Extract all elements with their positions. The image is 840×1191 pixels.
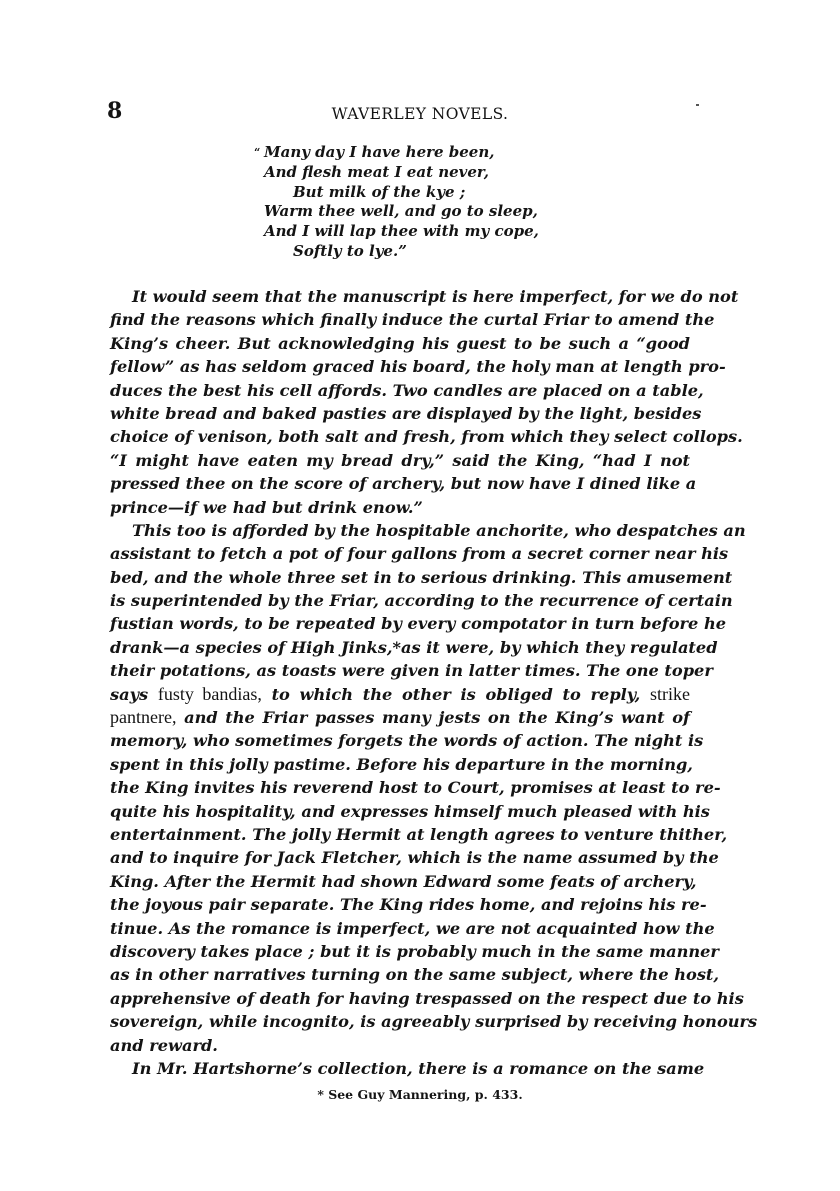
prose-line: King. After the Hermit had shown Edward … <box>110 870 690 893</box>
prose-line-mixed: pantnere, and the Friar passes many jest… <box>110 706 690 729</box>
verse-open-quote: “ <box>254 143 260 163</box>
scan-speck <box>696 104 699 106</box>
prose-line: discovery takes place ; but it is probab… <box>110 940 690 963</box>
prose-line: “I might have eaten my bread dry,” said … <box>110 449 690 472</box>
prose-line: and to inquire for Jack Fletcher, which … <box>110 846 690 869</box>
prose-line: fustian words, to be repeated by every c… <box>110 612 690 635</box>
prose-line: memory, who sometimes forgets the words … <box>110 729 690 752</box>
prose-fragment: to which the other is obliged to reply, <box>262 685 650 704</box>
prose-line: choice of venison, both salt and fresh, … <box>110 425 690 448</box>
verse-block: “ Many day I have here been, And flesh m… <box>260 143 539 262</box>
prose-line: find the reasons which finally induce th… <box>110 308 690 331</box>
prose-fragment: says <box>110 685 158 704</box>
running-head: WAVERLEY NOVELS. <box>0 105 840 123</box>
prose-line: sovereign, while incognito, is agreeably… <box>110 1010 690 1033</box>
prose-line: In Mr. Hartshorne’s collection, there is… <box>110 1057 690 1080</box>
prose-line: their potations, as toasts were given in… <box>110 659 690 682</box>
prose-line: fellow” as has seldom graced his board, … <box>110 355 690 378</box>
prose-line: prince—if we had but drink enow.” <box>110 496 690 519</box>
prose-line: bed, and the whole three set in to serio… <box>110 566 690 589</box>
prose-line: This too is afforded by the hospitable a… <box>110 519 690 542</box>
prose-line: is superintended by the Friar, according… <box>110 589 690 612</box>
prose-line: and reward. <box>110 1034 690 1057</box>
prose-line-mixed: says fusty bandias, to which the other i… <box>110 683 690 706</box>
prose-line: spent in this jolly pastime. Before his … <box>110 753 690 776</box>
prose-line: It would seem that the manuscript is her… <box>110 285 690 308</box>
prose-line: quite his hospitality, and expresses him… <box>110 800 690 823</box>
prose-line: the joyous pair separate. The King rides… <box>110 893 690 916</box>
verse-line: Warm thee well, and go to sleep, <box>260 202 539 222</box>
verse-line: Many day I have here been, <box>260 143 539 163</box>
roman-phrase: fusty bandias, <box>158 684 262 704</box>
prose-line: pressed thee on the score of archery, bu… <box>110 472 690 495</box>
prose-line: the King invites his reverend host to Co… <box>110 776 690 799</box>
prose-line: drank—a species of High Jinks,*as it wer… <box>110 636 690 659</box>
verse-line: And I will lap thee with my cope, <box>260 222 539 242</box>
prose-line: entertainment. The jolly Hermit at lengt… <box>110 823 690 846</box>
prose-line: duces the best his cell affords. Two can… <box>110 379 690 402</box>
roman-phrase: strike <box>650 684 690 704</box>
verse-line: But milk of the kye ; <box>260 183 539 203</box>
prose-line: apprehensive of death for having trespas… <box>110 987 690 1010</box>
prose-line: as in other narratives turning on the sa… <box>110 963 690 986</box>
prose-fragment: and the Friar passes many jests on the K… <box>176 708 690 727</box>
verse-line: Softly to lye.” <box>260 242 539 262</box>
prose-line: tinue. As the romance is imperfect, we a… <box>110 917 690 940</box>
roman-phrase: pantnere, <box>110 707 176 727</box>
prose-line: white bread and baked pasties are displa… <box>110 402 690 425</box>
prose-line: assistant to fetch a pot of four gallons… <box>110 542 690 565</box>
verse-line: And flesh meat I eat never, <box>260 163 539 183</box>
footnote: * See Guy Mannering, p. 433. <box>0 1087 840 1103</box>
body-text: It would seem that the manuscript is her… <box>110 285 690 1080</box>
prose-line: King’s cheer. But acknowledging his gues… <box>110 332 690 355</box>
